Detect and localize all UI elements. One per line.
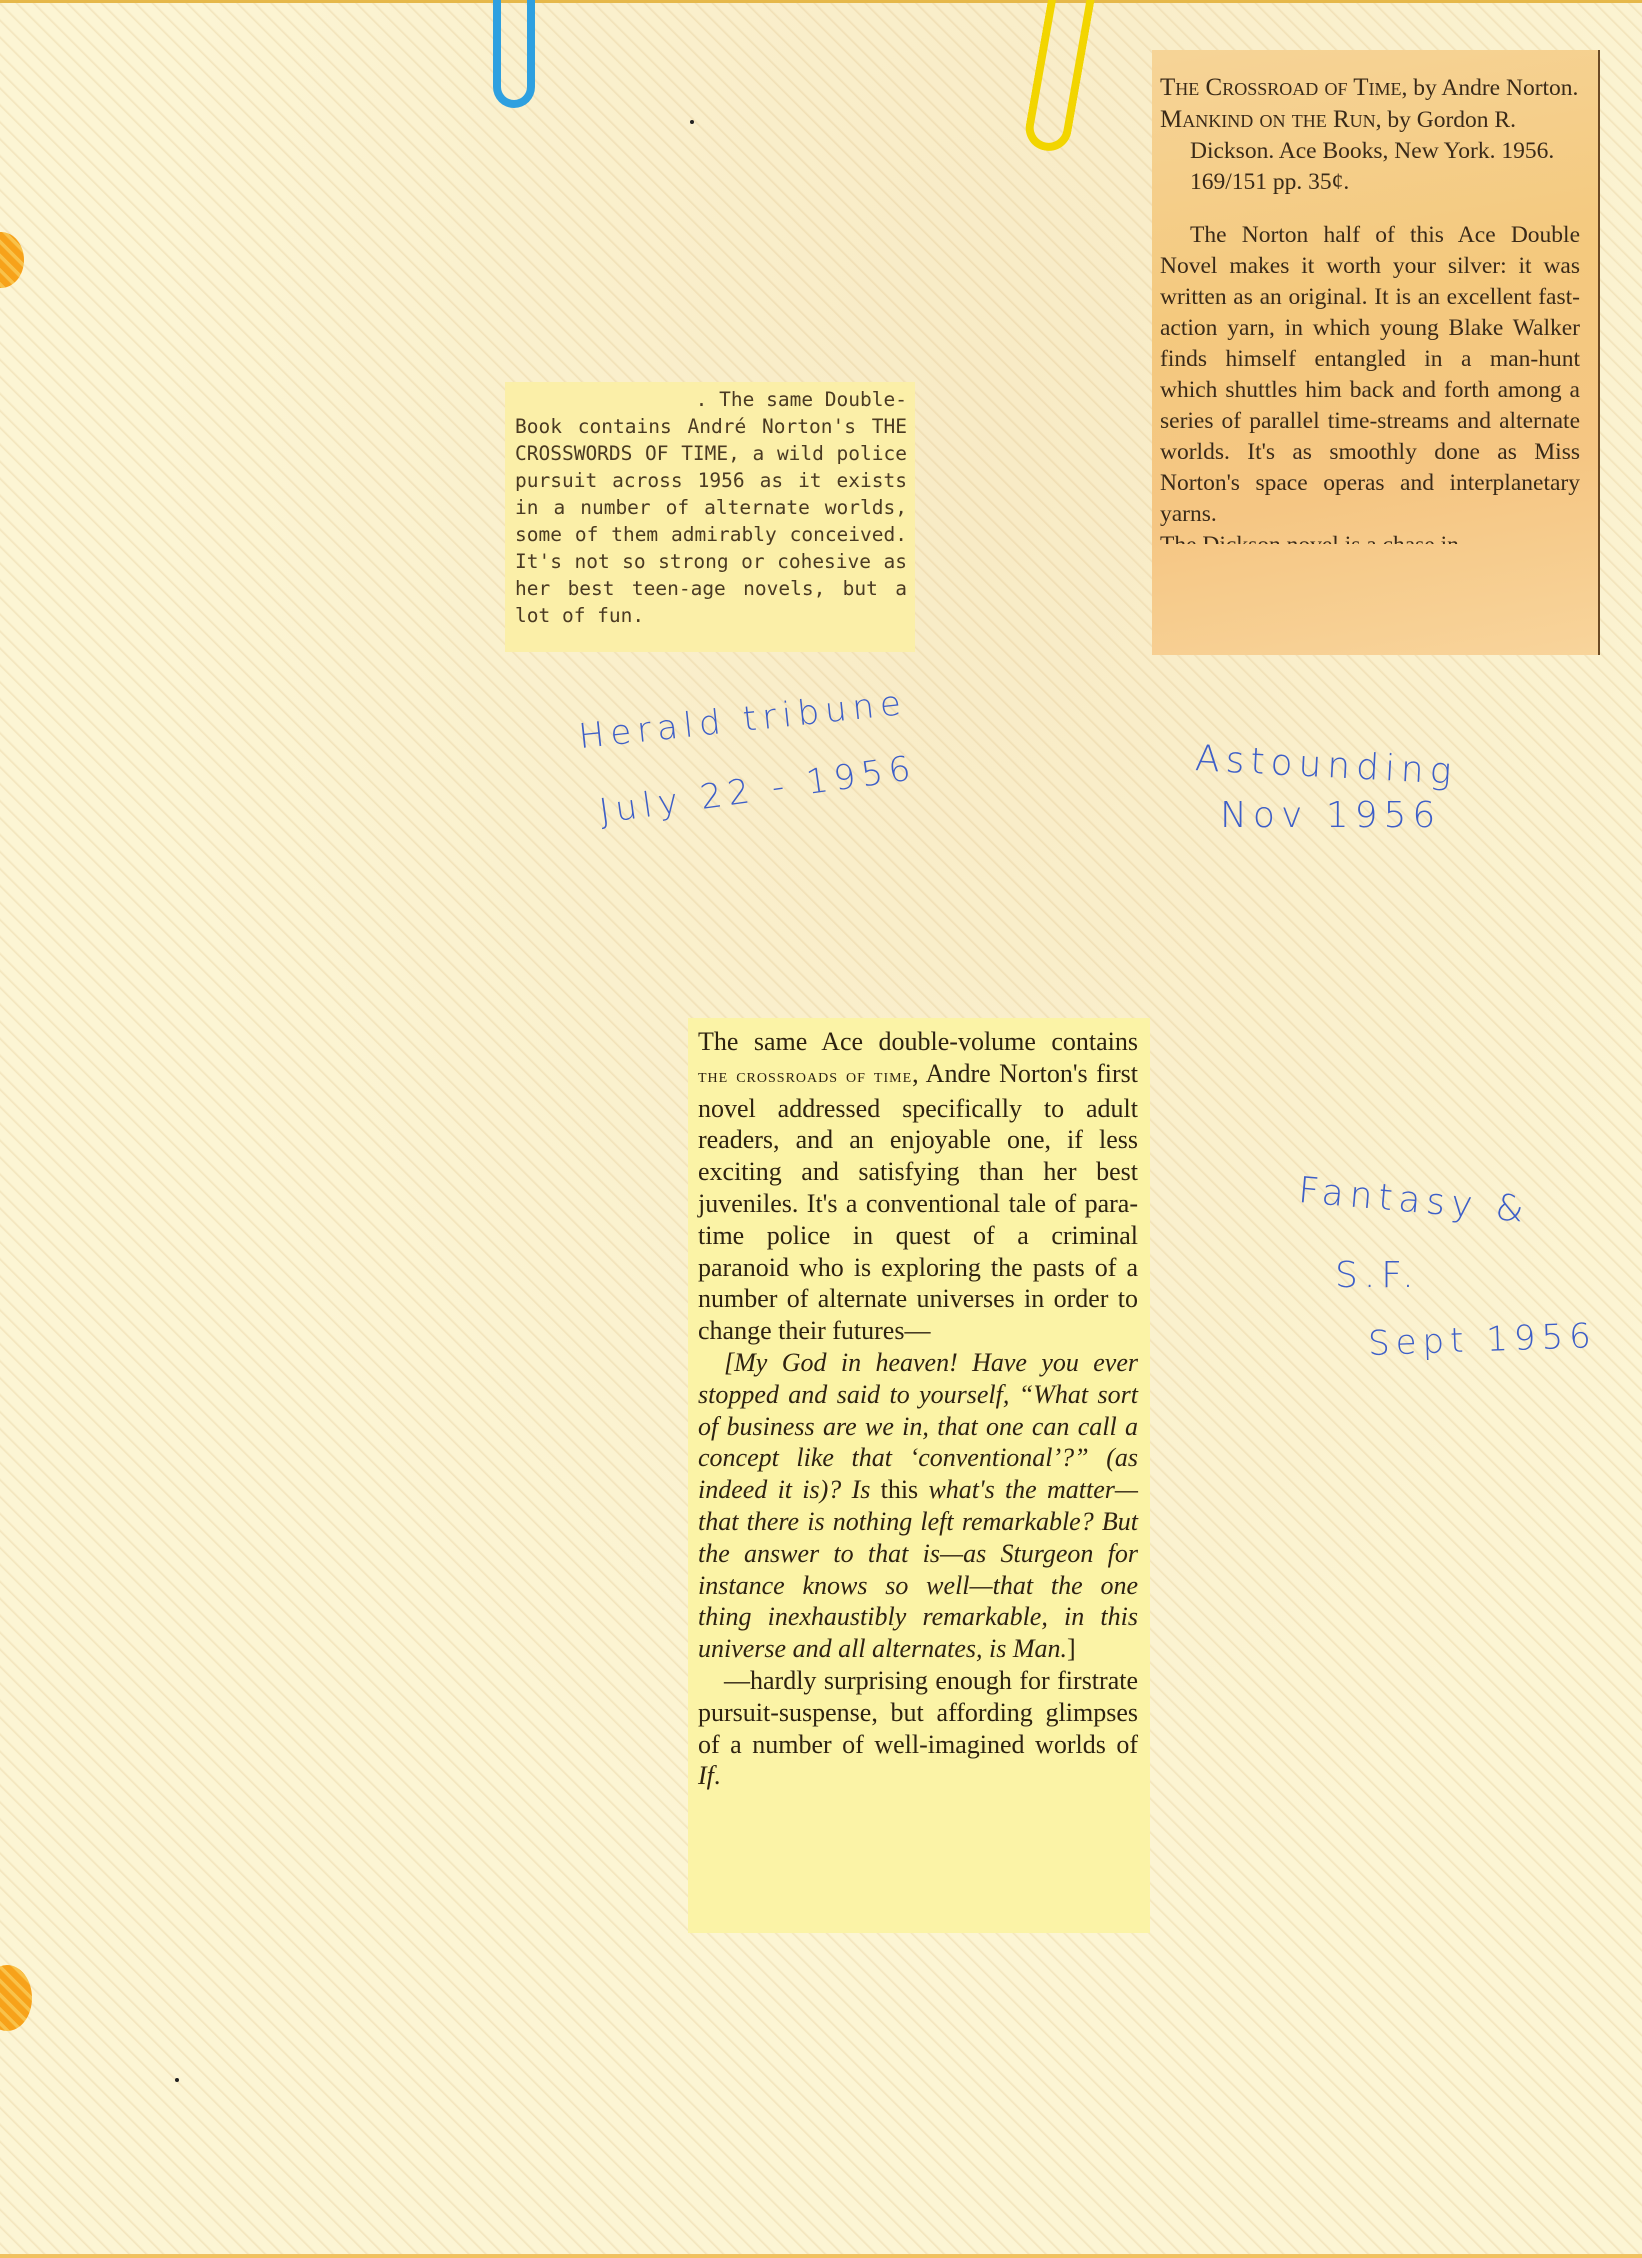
handwritten-source-herald: Herald tribune — [577, 683, 909, 757]
paper-speck — [690, 120, 694, 124]
review-paragraph-3: —hardly surprising enough for firstrate … — [698, 1665, 1138, 1792]
handwritten-source-astounding: Astounding — [1194, 738, 1458, 793]
paper-speck — [175, 2078, 179, 2082]
text-run: —hardly surprising enough for firstrate … — [698, 1666, 1138, 1759]
handwritten-date-fsf: Sept 1956 — [1367, 1316, 1597, 1364]
clipping-astounding-review: The Crossroad of Time, by Andre Norton. … — [1152, 50, 1600, 655]
handwritten-source-fsf-line2: S.F. — [1335, 1255, 1420, 1296]
review-body: Book contains André Norton's THE CROSSWO… — [515, 413, 907, 629]
book-title-mankind-on-the-run: Mankind on the Run — [1160, 106, 1376, 133]
book-title-crossroad-of-time: The Crossroad of Time — [1160, 74, 1402, 101]
review-paragraph-1: The same Ace double-volume contains the … — [698, 1026, 1138, 1347]
binder-hole-top — [0, 232, 24, 288]
book-title-crossroads-of-time: the crossroads of time — [698, 1065, 912, 1087]
text-run: ] — [1067, 1634, 1076, 1663]
blue-paper-clip — [493, 0, 535, 108]
handwritten-date-herald: July 22 - 1956 — [597, 748, 919, 832]
binder-hole-bottom — [0, 1965, 32, 2031]
text-run: this — [870, 1475, 928, 1504]
handwritten-source-fsf-line1: Fantasy & — [1297, 1170, 1532, 1231]
cut-off-line: The Dickson novel is a chase in — [1160, 530, 1580, 544]
review-opening-line: . The same Double- — [515, 386, 907, 413]
clipping-fantasy-sf-review: The same Ace double-volume contains the … — [688, 1018, 1150, 1933]
page-top-edge — [0, 0, 1642, 3]
yellow-paper-clip — [1022, 0, 1096, 155]
page-bottom-edge — [0, 2254, 1642, 2258]
book-listing-2: Mankind on the Run, by Gordon R. Dickson… — [1160, 104, 1580, 198]
clipping-herald-tribune-review: . The same Double- Book contains André N… — [505, 382, 915, 652]
text-run: The same Ace double-volume contains — [698, 1027, 1138, 1056]
text-run: Is — [852, 1475, 871, 1504]
handwritten-date-astounding: Nov 1956 — [1220, 795, 1441, 836]
text-run: , Andre Norton's first novel addressed s… — [698, 1059, 1138, 1345]
review-paragraph-2-aside: [My God in heaven! Have you ever stopped… — [698, 1347, 1138, 1665]
magazine-title-if: If — [698, 1761, 714, 1790]
review-body: The Norton half of this Ace Double Novel… — [1160, 220, 1580, 530]
book-byline: , by Andre Norton. — [1402, 75, 1579, 101]
text-run: . — [714, 1761, 721, 1790]
book-listing-1: The Crossroad of Time, by Andre Norton. — [1160, 72, 1580, 104]
